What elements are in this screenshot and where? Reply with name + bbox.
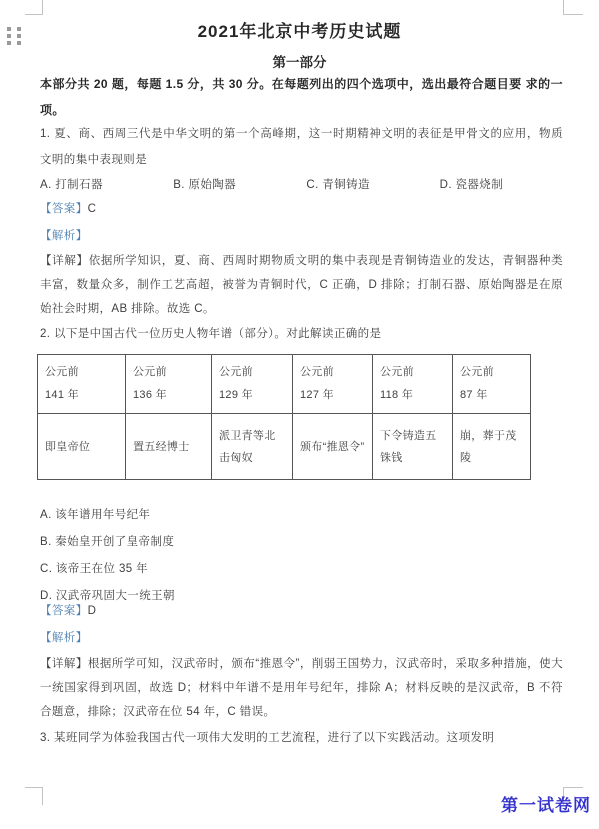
question-2-text: 2. 以下是中国古代一位历史人物年谱（部分）。对此解读正确的是 <box>40 321 563 347</box>
text-boundary-corner-top-left <box>25 0 43 15</box>
q2-detail-paragraph: 【详解】根据所学可知，汉武帝时，颁布“推恩令”，削弱王国势力，汉武帝时，采取多种… <box>40 652 563 724</box>
year-cell: 公元前 141 年 <box>38 355 126 414</box>
q1-answer-line: 【答案】C <box>40 200 96 216</box>
q1-analysis-label: 【解析】 <box>40 227 88 243</box>
q1-detail-paragraph: 【详解】依据所学知识，夏、商、西周时期物质文明的集中表现是青铜铸造业的发达，青铜… <box>40 249 563 321</box>
q1-detail-text: 依据所学知识，夏、商、西周时期物质文明的集中表现是青铜铸造业的发达，青铜器种类丰… <box>40 255 563 315</box>
timeline-years-row: 公元前 141 年 公元前 136 年 公元前 129 年 公元前 127 年 … <box>38 355 531 414</box>
text-boundary-corner-bottom-left <box>25 787 43 805</box>
year-cell: 公元前 87 年 <box>453 355 531 414</box>
question-2-options: A. 该年谱用年号纪年 B. 秦始皇开创了皇帝制度 C. 该帝王在位 35 年 … <box>40 502 175 610</box>
q1-answer-value: C <box>88 203 97 215</box>
q1-option-b: B. 原始陶器 <box>173 176 303 192</box>
instructions-text: 本部分共 20 题，每题 1.5 分，共 30 分。在每题列出的四个选项中，选出… <box>40 71 563 123</box>
site-watermark-link[interactable]: 第一试卷网 <box>501 791 591 816</box>
event-cell: 颁布“推恩令” <box>293 414 373 480</box>
year-cell: 公元前 129 年 <box>212 355 293 414</box>
event-cell: 即皇帝位 <box>38 414 126 480</box>
q1-option-a: A. 打制石器 <box>40 176 170 192</box>
text-boundary-corner-top-right <box>563 0 583 15</box>
event-cell: 崩，葬于茂陵 <box>453 414 531 480</box>
q2-detail-text: 根据所学可知，汉武帝时，颁布“推恩令”，削弱王国势力，汉武帝时，采取多种措施，使… <box>40 658 563 718</box>
q2-answer-line: 【答案】D <box>40 602 96 618</box>
event-cell: 下令铸造五铢钱 <box>373 414 453 480</box>
question-1-text: 1. 夏、商、西周三代是中华文明的第一个高峰期，这一时期精神文明的表征是甲骨文的… <box>40 121 563 173</box>
q2-answer-value: D <box>88 605 97 617</box>
section-heading: 第一部分 <box>0 51 599 71</box>
timeline-table: 公元前 141 年 公元前 136 年 公元前 129 年 公元前 127 年 … <box>37 354 531 480</box>
q2-option-c: C. 该帝王在位 35 年 <box>40 556 175 583</box>
q2-analysis-label: 【解析】 <box>40 629 88 645</box>
question-3-text: 3. 某班同学为体验我国古代一项伟大发明的工艺流程，进行了以下实践活动。这项发明 <box>40 725 563 751</box>
year-cell: 公元前 127 年 <box>293 355 373 414</box>
answer-label: 【答案】 <box>40 605 88 617</box>
question-1-options: A. 打制石器 B. 原始陶器 C. 青铜铸造 D. 瓷器烧制 <box>40 176 563 192</box>
q1-option-d: D. 瓷器烧制 <box>440 176 504 192</box>
page-title: 2021年北京中考历史试题 <box>0 17 599 42</box>
event-cell: 置五经博士 <box>126 414 212 480</box>
year-cell: 公元前 136 年 <box>126 355 212 414</box>
q1-option-c: C. 青铜铸造 <box>306 176 436 192</box>
q2-option-b: B. 秦始皇开创了皇帝制度 <box>40 529 175 556</box>
event-cell: 派卫青等北击匈奴 <box>212 414 293 480</box>
q2-option-a: A. 该年谱用年号纪年 <box>40 502 175 529</box>
detail-label: 【详解】 <box>40 658 88 670</box>
detail-label: 【详解】 <box>40 255 89 267</box>
year-cell: 公元前 118 年 <box>373 355 453 414</box>
timeline-events-row: 即皇帝位 置五经博士 派卫青等北击匈奴 颁布“推恩令” 下令铸造五铢钱 崩，葬于… <box>38 414 531 480</box>
answer-label: 【答案】 <box>40 203 88 215</box>
exam-document-page: 2021年北京中考历史试题 第一部分 本部分共 20 题，每题 1.5 分，共 … <box>0 0 599 829</box>
